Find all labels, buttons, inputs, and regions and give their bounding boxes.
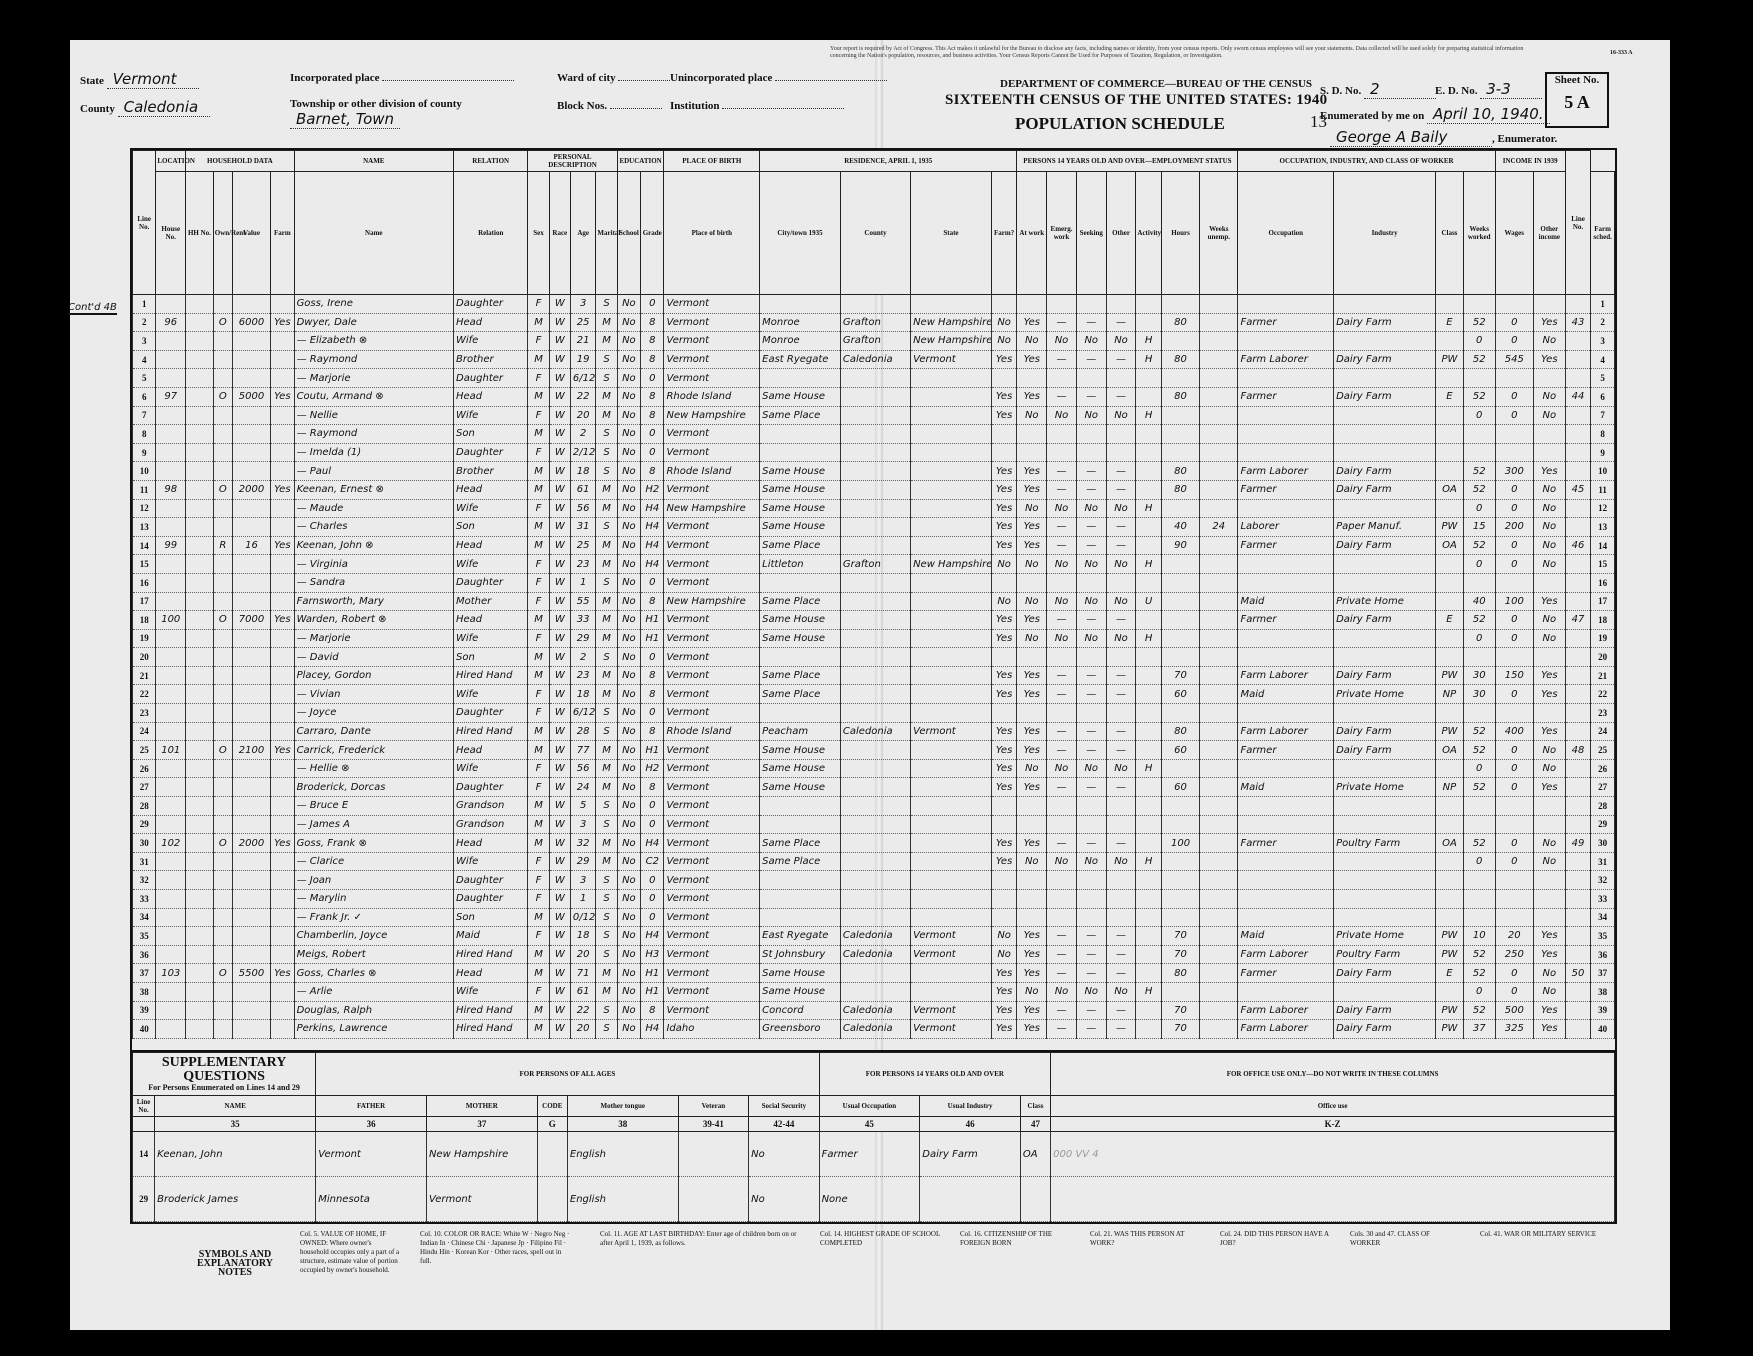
cell-e (1047, 908, 1077, 927)
cell-wks: 52 (1463, 945, 1495, 964)
cell-s: No (1076, 852, 1106, 871)
cell-e: — (1047, 387, 1077, 406)
cell-st (911, 369, 992, 388)
cell-wk (1200, 313, 1238, 332)
table-row: 4— RaymondBrotherMW19SNo8VermontEast Rye… (133, 350, 1615, 369)
cell-city (760, 425, 841, 444)
cell-hrs (1161, 797, 1199, 816)
cell-st (911, 704, 992, 723)
cell-o: — (1106, 685, 1136, 704)
cell-house (156, 759, 186, 778)
line-number: 33 (133, 890, 156, 909)
cell-rel: Son (454, 648, 528, 667)
population-grid: Line No. LOCATION HOUSEHOLD DATA NAME RE… (132, 150, 1615, 1039)
cell-rel: Son (454, 518, 528, 537)
note-col10: Col. 10. COLOR OR RACE: White W · Negro … (420, 1230, 570, 1266)
cell-hrs (1161, 871, 1199, 890)
cell-gr: 0 (641, 704, 664, 723)
cell-st: Vermont (911, 350, 992, 369)
cell-cty (840, 480, 910, 499)
cell-s: — (1076, 480, 1106, 499)
cell-val (232, 369, 270, 388)
cell-mar: S (596, 443, 617, 462)
department-title: DEPARTMENT OF COMMERCE—BUREAU OF THE CEN… (1000, 78, 1312, 90)
cell-farm: Yes (271, 387, 294, 406)
cell-st (911, 387, 992, 406)
note-col14: Col. 14. HIGHEST GRADE OF SCHOOL COMPLET… (820, 1230, 940, 1248)
cell-wks: 37 (1463, 1020, 1495, 1039)
cell-name: — Joyce (294, 704, 453, 723)
cell-wks: 52 (1463, 462, 1495, 481)
cell-fs (1565, 722, 1591, 741)
cell-farm: Yes (271, 611, 294, 630)
cell-hrs (1161, 425, 1199, 444)
cell-o: No (1106, 592, 1136, 611)
table-row: 40Perkins, LawrenceHired HandMW20SNoH4Id… (133, 1020, 1615, 1039)
cell-s: No (1076, 759, 1106, 778)
cell-e (1047, 443, 1077, 462)
cell-mar: S (596, 573, 617, 592)
cell-name: Perkins, Lawrence (294, 1020, 453, 1039)
cell-hrs (1161, 611, 1199, 630)
cell-bp: New Hampshire (664, 406, 760, 425)
cell-e: No (1047, 982, 1077, 1001)
cell-hh (186, 685, 214, 704)
cell-wks: 0 (1463, 629, 1495, 648)
cell-e (1047, 648, 1077, 667)
cell-house (156, 295, 186, 314)
cell-mar: M (596, 741, 617, 760)
line-number: 36 (133, 945, 156, 964)
cell-s: — (1076, 611, 1106, 630)
cell-race: W (549, 741, 570, 760)
cell-hrs (1161, 332, 1199, 351)
table-row: 5— MarjorieDaughterFW6/12SNo0Vermont5 (133, 369, 1615, 388)
cell-ind (1334, 443, 1436, 462)
cell-fs (1565, 369, 1591, 388)
cell-f35: Yes (991, 982, 1017, 1001)
cell-name: Goss, Charles ⊗ (294, 964, 453, 983)
cell-oth: Yes (1533, 927, 1565, 946)
cell-fs: 47 (1565, 611, 1591, 630)
cell-hrs (1161, 295, 1199, 314)
cell-st: Vermont (911, 1001, 992, 1020)
cell-o: — (1106, 387, 1136, 406)
cell-fs (1565, 332, 1591, 351)
cell-wks: 52 (1463, 741, 1495, 760)
cell-o (1106, 443, 1136, 462)
cell-cty (840, 592, 910, 611)
cell-farm (271, 722, 294, 741)
cell-own (213, 685, 232, 704)
cell-w (1017, 908, 1047, 927)
cell-act (1136, 1020, 1162, 1039)
cell-own (213, 573, 232, 592)
cell-hh (186, 629, 214, 648)
cell-own (213, 666, 232, 685)
cell-mar: S (596, 722, 617, 741)
cell-occ (1238, 759, 1334, 778)
cell-farm (271, 797, 294, 816)
cell-age: 25 (570, 313, 596, 332)
cell-e (1047, 704, 1077, 723)
cell-race: W (549, 555, 570, 574)
cell-hrs: 70 (1161, 1020, 1199, 1039)
cell-cty (840, 982, 910, 1001)
cell-hrs: 60 (1161, 685, 1199, 704)
cell-wks: 40 (1463, 592, 1495, 611)
cell-sch: No (617, 573, 640, 592)
line-number: 11 (1591, 480, 1615, 499)
cell-cls: NP (1436, 685, 1464, 704)
cell-city: Same Place (760, 834, 841, 853)
cell-cty (840, 573, 910, 592)
cell-act: H (1136, 350, 1162, 369)
line-number: 14 (133, 1132, 155, 1177)
cell-w: Yes (1017, 480, 1047, 499)
cell-city: Littleton (760, 555, 841, 574)
cell-hrs (1161, 704, 1199, 723)
cell-own (213, 815, 232, 834)
cell-occ: Maid (1238, 778, 1334, 797)
cell-mar: M (596, 685, 617, 704)
cell-bp: Vermont (664, 1001, 760, 1020)
supplementary-section: SUPPLEMENTARY QUESTIONS For Persons Enum… (130, 1050, 1617, 1224)
cell-ind: Private Home (1334, 778, 1436, 797)
table-row: 16— SandraDaughterFW1SNo0Vermont16 (133, 573, 1615, 592)
cell-val (232, 685, 270, 704)
cell-city (760, 908, 841, 927)
line-number: 2 (133, 313, 156, 332)
cell-wk (1200, 1001, 1238, 1020)
cell-age: 1 (570, 573, 596, 592)
cell-sch: No (617, 443, 640, 462)
line-number: 17 (1591, 592, 1615, 611)
cell-rel: Hired Hand (454, 722, 528, 741)
cell-house (156, 592, 186, 611)
cell-w: No (1017, 982, 1047, 1001)
cell-st (911, 443, 992, 462)
cell-oth (1533, 871, 1565, 890)
cell-hrs: 40 (1161, 518, 1199, 537)
cell-s: — (1076, 536, 1106, 555)
cell-mar: M (596, 592, 617, 611)
table-row: 8— RaymondSonMW2SNo0Vermont8 (133, 425, 1615, 444)
cell-race: W (549, 1020, 570, 1039)
cell-wks: 52 (1463, 387, 1495, 406)
cell-val: 2000 (232, 480, 270, 499)
cell-oth: No (1533, 555, 1565, 574)
cell-cls (1436, 629, 1464, 648)
cell-farm (271, 890, 294, 909)
cell-own (213, 648, 232, 667)
supp-cell-ss: No (749, 1132, 819, 1177)
cell-st (911, 890, 992, 909)
cell-gr: 0 (641, 425, 664, 444)
cell-sch: No (617, 945, 640, 964)
note-col30: Cols. 30 and 47. CLASS OF WORKER (1350, 1230, 1460, 1248)
cell-f35: Yes (991, 741, 1017, 760)
cell-occ (1238, 332, 1334, 351)
cell-f35: No (991, 945, 1017, 964)
group-name: NAME (294, 151, 453, 172)
cell-rel: Daughter (454, 890, 528, 909)
cell-sch: No (617, 1020, 640, 1039)
cell-house (156, 499, 186, 518)
cell-sch: No (617, 908, 640, 927)
cell-house (156, 443, 186, 462)
cell-occ: Farm Laborer (1238, 722, 1334, 741)
cell-wk (1200, 536, 1238, 555)
cell-race: W (549, 685, 570, 704)
cell-act (1136, 797, 1162, 816)
cell-wks: 52 (1463, 722, 1495, 741)
cell-rel: Wife (454, 555, 528, 574)
cell-w (1017, 815, 1047, 834)
cell-o: — (1106, 611, 1136, 630)
cell-ind: Private Home (1334, 685, 1436, 704)
cell-val (232, 666, 270, 685)
cell-s: No (1076, 499, 1106, 518)
cell-cls (1436, 369, 1464, 388)
cell-gr: 0 (641, 797, 664, 816)
cell-w (1017, 295, 1047, 314)
cell-house: 96 (156, 313, 186, 332)
cell-age: 0/12 (570, 908, 596, 927)
cell-w (1017, 797, 1047, 816)
cell-act (1136, 871, 1162, 890)
cell-ind: Dairy Farm (1334, 666, 1436, 685)
cell-farm (271, 573, 294, 592)
cell-wk (1200, 908, 1238, 927)
cell-sch: No (617, 629, 640, 648)
table-row: 28— Bruce EGrandsonMW5SNo0Vermont28 (133, 797, 1615, 816)
cell-cls: NP (1436, 778, 1464, 797)
cell-bp: Vermont (664, 964, 760, 983)
cell-wks: 30 (1463, 666, 1495, 685)
cell-val (232, 927, 270, 946)
cell-act (1136, 573, 1162, 592)
cell-bp: Vermont (664, 815, 760, 834)
cell-bp: Vermont (664, 741, 760, 760)
line-number: 28 (133, 797, 156, 816)
cell-ind: Dairy Farm (1334, 350, 1436, 369)
cell-house (156, 908, 186, 927)
cell-rel: Grandson (454, 797, 528, 816)
cell-sch: No (617, 406, 640, 425)
cell-farm (271, 815, 294, 834)
cell-hh (186, 964, 214, 983)
cell-hh (186, 1001, 214, 1020)
cell-f35 (991, 815, 1017, 834)
line-number: 6 (133, 387, 156, 406)
cell-mar: S (596, 1020, 617, 1039)
cell-city (760, 573, 841, 592)
cell-farm (271, 1020, 294, 1039)
cell-wage (1495, 648, 1533, 667)
cell-w: Yes (1017, 462, 1047, 481)
cell-fs: 46 (1565, 536, 1591, 555)
line-number: 25 (133, 741, 156, 760)
cell-cty (840, 852, 910, 871)
cell-s: — (1076, 927, 1106, 946)
cell-s: — (1076, 387, 1106, 406)
cell-o: — (1106, 722, 1136, 741)
cell-ind (1334, 332, 1436, 351)
line-number: 10 (133, 462, 156, 481)
cell-farm (271, 592, 294, 611)
cell-wage: 0 (1495, 629, 1533, 648)
cell-sch: No (617, 815, 640, 834)
cell-hh (186, 927, 214, 946)
table-row: 13— CharlesSonMW31SNoH4VermontSame House… (133, 518, 1615, 537)
line-number: 21 (133, 666, 156, 685)
cell-hh (186, 815, 214, 834)
line-number: 27 (1591, 778, 1615, 797)
cell-cls: PW (1436, 722, 1464, 741)
cell-hrs (1161, 499, 1199, 518)
cell-sex: M (528, 741, 549, 760)
cell-cty (840, 406, 910, 425)
line-number: 31 (1591, 852, 1615, 871)
table-row: 23— JoyceDaughterFW6/12SNo0Vermont23 (133, 704, 1615, 723)
cell-cty (840, 295, 910, 314)
cell-age: 71 (570, 964, 596, 983)
cell-gr: H4 (641, 518, 664, 537)
cell-oth: No (1533, 499, 1565, 518)
cell-e: — (1047, 480, 1077, 499)
cell-act (1136, 425, 1162, 444)
cell-sex: M (528, 834, 549, 853)
cell-city: Same House (760, 741, 841, 760)
cell-bp: Vermont (664, 573, 760, 592)
cell-own (213, 852, 232, 871)
cell-farm (271, 852, 294, 871)
cell-act (1136, 704, 1162, 723)
cell-city (760, 648, 841, 667)
cell-hh (186, 797, 214, 816)
continued-note: Cont'd 4B (68, 302, 117, 315)
cell-st: Vermont (911, 945, 992, 964)
cell-s: — (1076, 964, 1106, 983)
cell-occ: Farmer (1238, 964, 1334, 983)
cell-hrs: 80 (1161, 462, 1199, 481)
cell-o: No (1106, 852, 1136, 871)
cell-rel: Wife (454, 406, 528, 425)
cell-o (1106, 908, 1136, 927)
cell-name: Placey, Gordon (294, 666, 453, 685)
cell-city: Peacham (760, 722, 841, 741)
cell-hh (186, 908, 214, 927)
cell-oth: No (1533, 964, 1565, 983)
cell-act: H (1136, 406, 1162, 425)
cell-ind (1334, 908, 1436, 927)
cell-e: — (1047, 462, 1077, 481)
cell-e (1047, 369, 1077, 388)
cell-val (232, 555, 270, 574)
cell-name: Goss, Frank ⊗ (294, 834, 453, 853)
cell-act (1136, 722, 1162, 741)
cell-wage: 100 (1495, 592, 1533, 611)
cell-s: — (1076, 1001, 1106, 1020)
cell-oth: Yes (1533, 666, 1565, 685)
cell-gr: H2 (641, 759, 664, 778)
cell-s (1076, 704, 1106, 723)
state-field: State Vermont (80, 70, 199, 89)
group-relation: RELATION (454, 151, 528, 172)
cell-house: 97 (156, 387, 186, 406)
note-col16: Col. 16. CITIZENSHIP OF THE FOREIGN BORN (960, 1230, 1070, 1248)
cell-sex: F (528, 982, 549, 1001)
cell-rel: Head (454, 741, 528, 760)
cell-ind (1334, 759, 1436, 778)
cell-race: W (549, 369, 570, 388)
cell-wk (1200, 927, 1238, 946)
cell-city: Same Place (760, 536, 841, 555)
cell-own (213, 1001, 232, 1020)
cell-w: Yes (1017, 350, 1047, 369)
cell-mar: M (596, 778, 617, 797)
cell-bp: Vermont (664, 890, 760, 909)
line-number: 28 (1591, 797, 1615, 816)
cell-sex: F (528, 573, 549, 592)
cell-o (1106, 369, 1136, 388)
cell-cls (1436, 815, 1464, 834)
cell-farm (271, 555, 294, 574)
line-number: 10 (1591, 462, 1615, 481)
group-employment: PERSONS 14 YEARS OLD AND OVER—EMPLOYMENT… (1017, 151, 1238, 172)
cell-cty: Caledonia (840, 927, 910, 946)
table-row: 25101O2100YesCarrick, FrederickHeadMW77M… (133, 741, 1615, 760)
cell-cty: Caledonia (840, 1020, 910, 1039)
cell-ind: Dairy Farm (1334, 387, 1436, 406)
cell-s: — (1076, 518, 1106, 537)
cell-val: 2000 (232, 834, 270, 853)
cell-st (911, 611, 992, 630)
ward-field: Ward of city (557, 72, 670, 84)
cell-name: — Marylin (294, 890, 453, 909)
cell-sex: F (528, 499, 549, 518)
cell-house (156, 369, 186, 388)
cell-sex: F (528, 759, 549, 778)
cell-rel: Head (454, 480, 528, 499)
cell-cls: PW (1436, 350, 1464, 369)
cell-sch: No (617, 797, 640, 816)
cell-cls: PW (1436, 945, 1464, 964)
cell-val (232, 778, 270, 797)
cell-name: Carrick, Frederick (294, 741, 453, 760)
cell-own (213, 629, 232, 648)
line-number: 20 (1591, 648, 1615, 667)
cell-e: No (1047, 555, 1077, 574)
cell-rel: Brother (454, 350, 528, 369)
cell-sch: No (617, 834, 640, 853)
cell-name: — Paul (294, 462, 453, 481)
cell-own (213, 759, 232, 778)
cell-own (213, 945, 232, 964)
cell-w: Yes (1017, 666, 1047, 685)
cell-wk (1200, 982, 1238, 1001)
cell-cls: E (1436, 611, 1464, 630)
line-number: 38 (133, 982, 156, 1001)
cell-f35: No (991, 313, 1017, 332)
cell-name: — Hellie ⊗ (294, 759, 453, 778)
cell-fs (1565, 425, 1591, 444)
ed-field: E. D. No. 3-3 (1435, 80, 1542, 99)
cell-val (232, 722, 270, 741)
cell-w: Yes (1017, 945, 1047, 964)
cell-st (911, 518, 992, 537)
